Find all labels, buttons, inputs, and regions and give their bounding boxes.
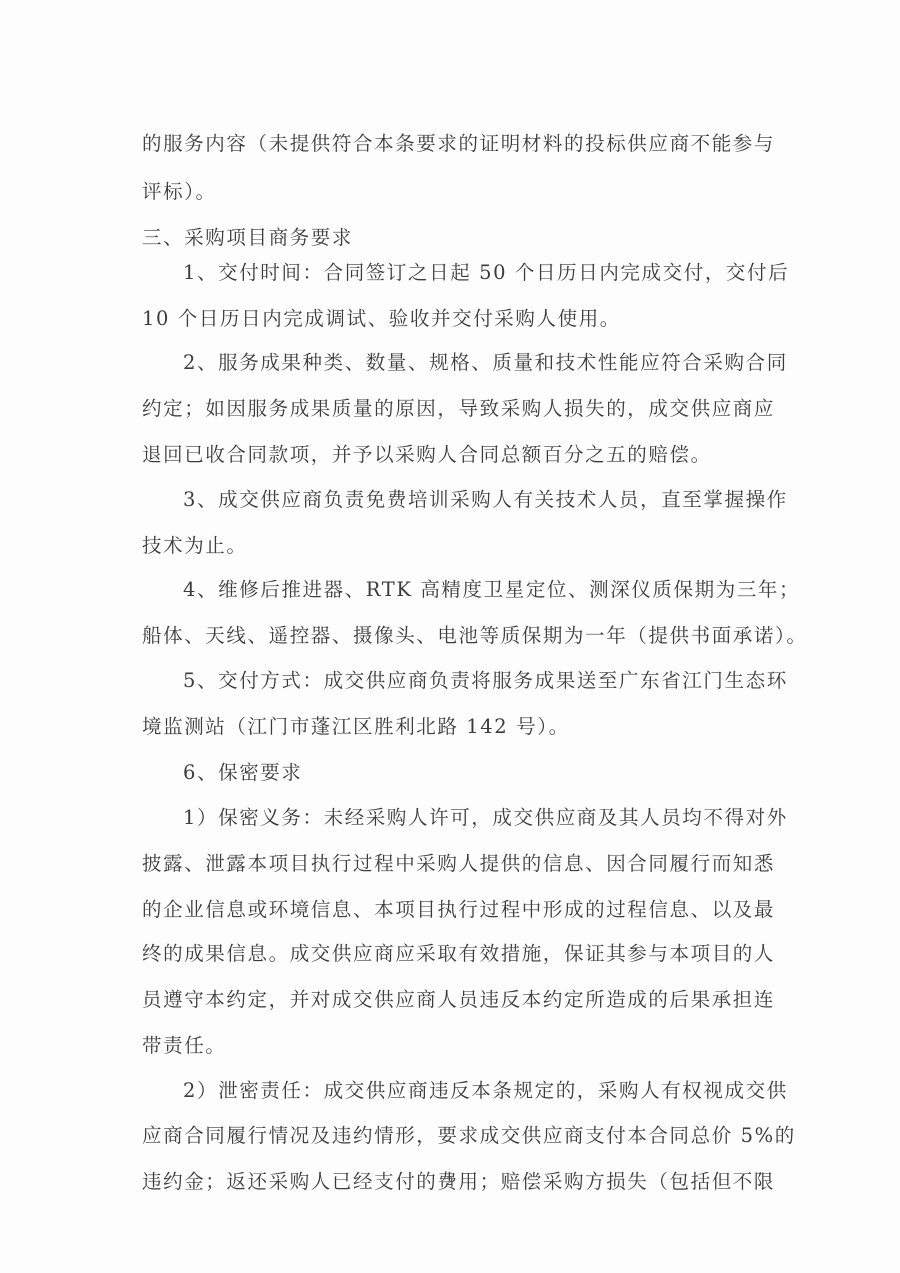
text-line: 应商合同履行情况及违约情形，要求成交供应商支付本合同总价 5%的 bbox=[142, 1124, 782, 1148]
text-line: 4、维修后推进器、RTK 高精度卫星定位、测深仪质保期为三年； bbox=[183, 578, 823, 602]
text-line: 退回已收合同款项，并予以采购人合同总额百分之五的赔偿。 bbox=[142, 443, 782, 467]
text-line: 带责任。 bbox=[142, 1034, 782, 1058]
text-line: 10 个日历日内完成调试、验收并交付采购人使用。 bbox=[142, 307, 782, 331]
text-line: 3、成交供应商负责免费培训采购人有关技术人员，直至掌握操作 bbox=[183, 488, 823, 512]
text-line: 1）保密义务：未经采购人许可，成交供应商及其人员均不得对外 bbox=[183, 806, 823, 830]
page-number: 2 bbox=[0, 1173, 900, 1189]
text-line: 评标）。 bbox=[142, 180, 782, 204]
text-line: 船体、天线、遥控器、摄像头、电池等质保期为一年（提供书面承诺）。 bbox=[142, 624, 782, 648]
text-line: 2）泄密责任：成交供应商违反本条规定的，采购人有权视成交供 bbox=[183, 1079, 823, 1103]
section-heading: 三、采购项目商务要求 bbox=[142, 226, 782, 250]
text-line: 2、服务成果种类、数量、规格、质量和技术性能应符合采购合同 bbox=[183, 351, 823, 375]
text-line: 员遵守本约定，并对成交供应商人员违反本约定所造成的后果承担连 bbox=[142, 988, 782, 1012]
text-line: 约定；如因服务成果质量的原因，导致采购人损失的，成交供应商应 bbox=[142, 397, 782, 421]
document-page: 的服务内容（未提供符合本条要求的证明材料的投标供应商不能参与 评标）。 三、采购… bbox=[0, 0, 900, 1273]
text-line: 的企业信息或环境信息、本项目执行过程中形成的过程信息、以及最 bbox=[142, 898, 782, 922]
text-line: 境监测站（江门市蓬江区胜利北路 142 号）。 bbox=[142, 715, 782, 739]
text-line: 披露、泄露本项目执行过程中采购人提供的信息、因合同履行而知悉 bbox=[142, 852, 782, 876]
text-line: 1、交付时间：合同签订之日起 50 个日历日内完成交付，交付后 bbox=[183, 261, 823, 285]
text-line: 5、交付方式：成交供应商负责将服务成果送至广东省江门生态环 bbox=[183, 669, 823, 693]
text-line: 终的成果信息。成交供应商应采取有效措施，保证其参与本项目的人 bbox=[142, 942, 782, 966]
text-line: 的服务内容（未提供符合本条要求的证明材料的投标供应商不能参与 bbox=[142, 132, 782, 156]
text-line: 技术为止。 bbox=[142, 534, 782, 558]
text-line: 6、保密要求 bbox=[183, 761, 823, 785]
